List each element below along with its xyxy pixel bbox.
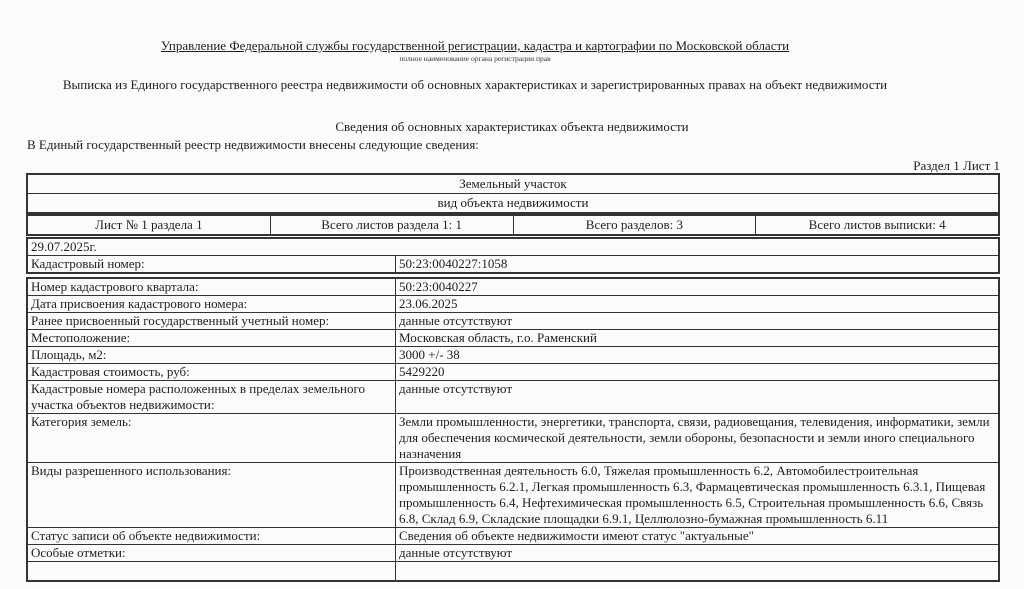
row-label: Особые отметки: — [28, 545, 396, 561]
row-label: Площадь, м2: — [28, 347, 396, 363]
cadastral-number-label: Кадастровый номер: — [28, 256, 396, 272]
row-value: данные отсутствуют — [396, 313, 998, 329]
row-value: Сведения об объекте недвижимости имеют с… — [396, 528, 998, 544]
table-row: Ранее присвоенный государственный учетны… — [28, 312, 998, 329]
intro-text: В Единый государственный реестр недвижим… — [27, 137, 479, 153]
row-label: Категория земель: — [28, 414, 396, 462]
registration-authority-caption: полное наименование органа регистрации п… — [0, 54, 950, 63]
table-row: Категория земель:Земли промышленности, э… — [28, 413, 998, 462]
row-label: Номер кадастрового квартала: — [28, 279, 396, 295]
row-label: Дата присвоения кадастрового номера: — [28, 296, 396, 312]
document-title: Выписка из Единого государственного реес… — [0, 77, 950, 93]
row-value: 23.06.2025 — [396, 296, 998, 312]
empty-cell — [28, 562, 396, 580]
row-value: данные отсутствуют — [396, 381, 998, 413]
section-sheet-label: Раздел 1 Лист 1 — [913, 158, 1000, 174]
cadastral-number-value: 50:23:0040227:1058 — [396, 256, 998, 272]
sections-total: Всего разделов: 3 — [513, 216, 756, 234]
object-type: Земельный участок — [28, 175, 998, 193]
characteristics-table: Номер кадастрового квартала:50:23:004022… — [26, 277, 1000, 582]
row-label: Кадастровая стоимость, руб: — [28, 364, 396, 380]
section-title: Сведения об основных характеристиках объ… — [0, 119, 1024, 135]
row-label: Статус записи об объекте недвижимости: — [28, 528, 396, 544]
date-cadastral-table: 29.07.2025г. Кадастровый номер: 50:23:00… — [26, 237, 1000, 274]
row-label: Местоположение: — [28, 330, 396, 346]
table-row: Виды разрешенного использования:Производ… — [28, 462, 998, 527]
row-value: Московская область, г.о. Раменский — [396, 330, 998, 346]
row-value: 50:23:0040227 — [396, 279, 998, 295]
table-row: Площадь, м2:3000 +/- 38 — [28, 346, 998, 363]
table-row: Кадастровые номера расположенных в преде… — [28, 380, 998, 413]
object-type-table: Земельный участок вид объекта недвижимос… — [26, 173, 1000, 214]
extract-sheets-total: Всего листов выписки: 4 — [755, 216, 998, 234]
empty-row — [28, 561, 998, 580]
extract-date: 29.07.2025г. — [28, 239, 100, 255]
row-value: 5429220 — [396, 364, 998, 380]
sheets-info-table: Лист № 1 раздела 1 Всего листов раздела … — [26, 214, 1000, 236]
section-sheets-total: Всего листов раздела 1: 1 — [270, 216, 513, 234]
row-label: Ранее присвоенный государственный учетны… — [28, 313, 396, 329]
table-row: Дата присвоения кадастрового номера:23.0… — [28, 295, 998, 312]
table-row: Особые отметки:данные отсутствуют — [28, 544, 998, 561]
table-row: Кадастровая стоимость, руб:5429220 — [28, 363, 998, 380]
object-type-caption: вид объекта недвижимости — [28, 193, 998, 212]
row-label: Кадастровые номера расположенных в преде… — [28, 381, 396, 413]
table-row: Местоположение:Московская область, г.о. … — [28, 329, 998, 346]
registration-authority-name: Управление Федеральной службы государств… — [0, 38, 950, 54]
row-value: 3000 +/- 38 — [396, 347, 998, 363]
empty-cell — [396, 562, 998, 580]
table-row: Номер кадастрового квартала:50:23:004022… — [28, 279, 998, 295]
row-value: данные отсутствуют — [396, 545, 998, 561]
row-value: Земли промышленности, энергетики, трансп… — [396, 414, 998, 462]
sheet-number: Лист № 1 раздела 1 — [28, 216, 270, 234]
table-row: Статус записи об объекте недвижимости:Св… — [28, 527, 998, 544]
row-label: Виды разрешенного использования: — [28, 463, 396, 527]
row-value: Производственная деятельность 6.0, Тяжел… — [396, 463, 998, 527]
